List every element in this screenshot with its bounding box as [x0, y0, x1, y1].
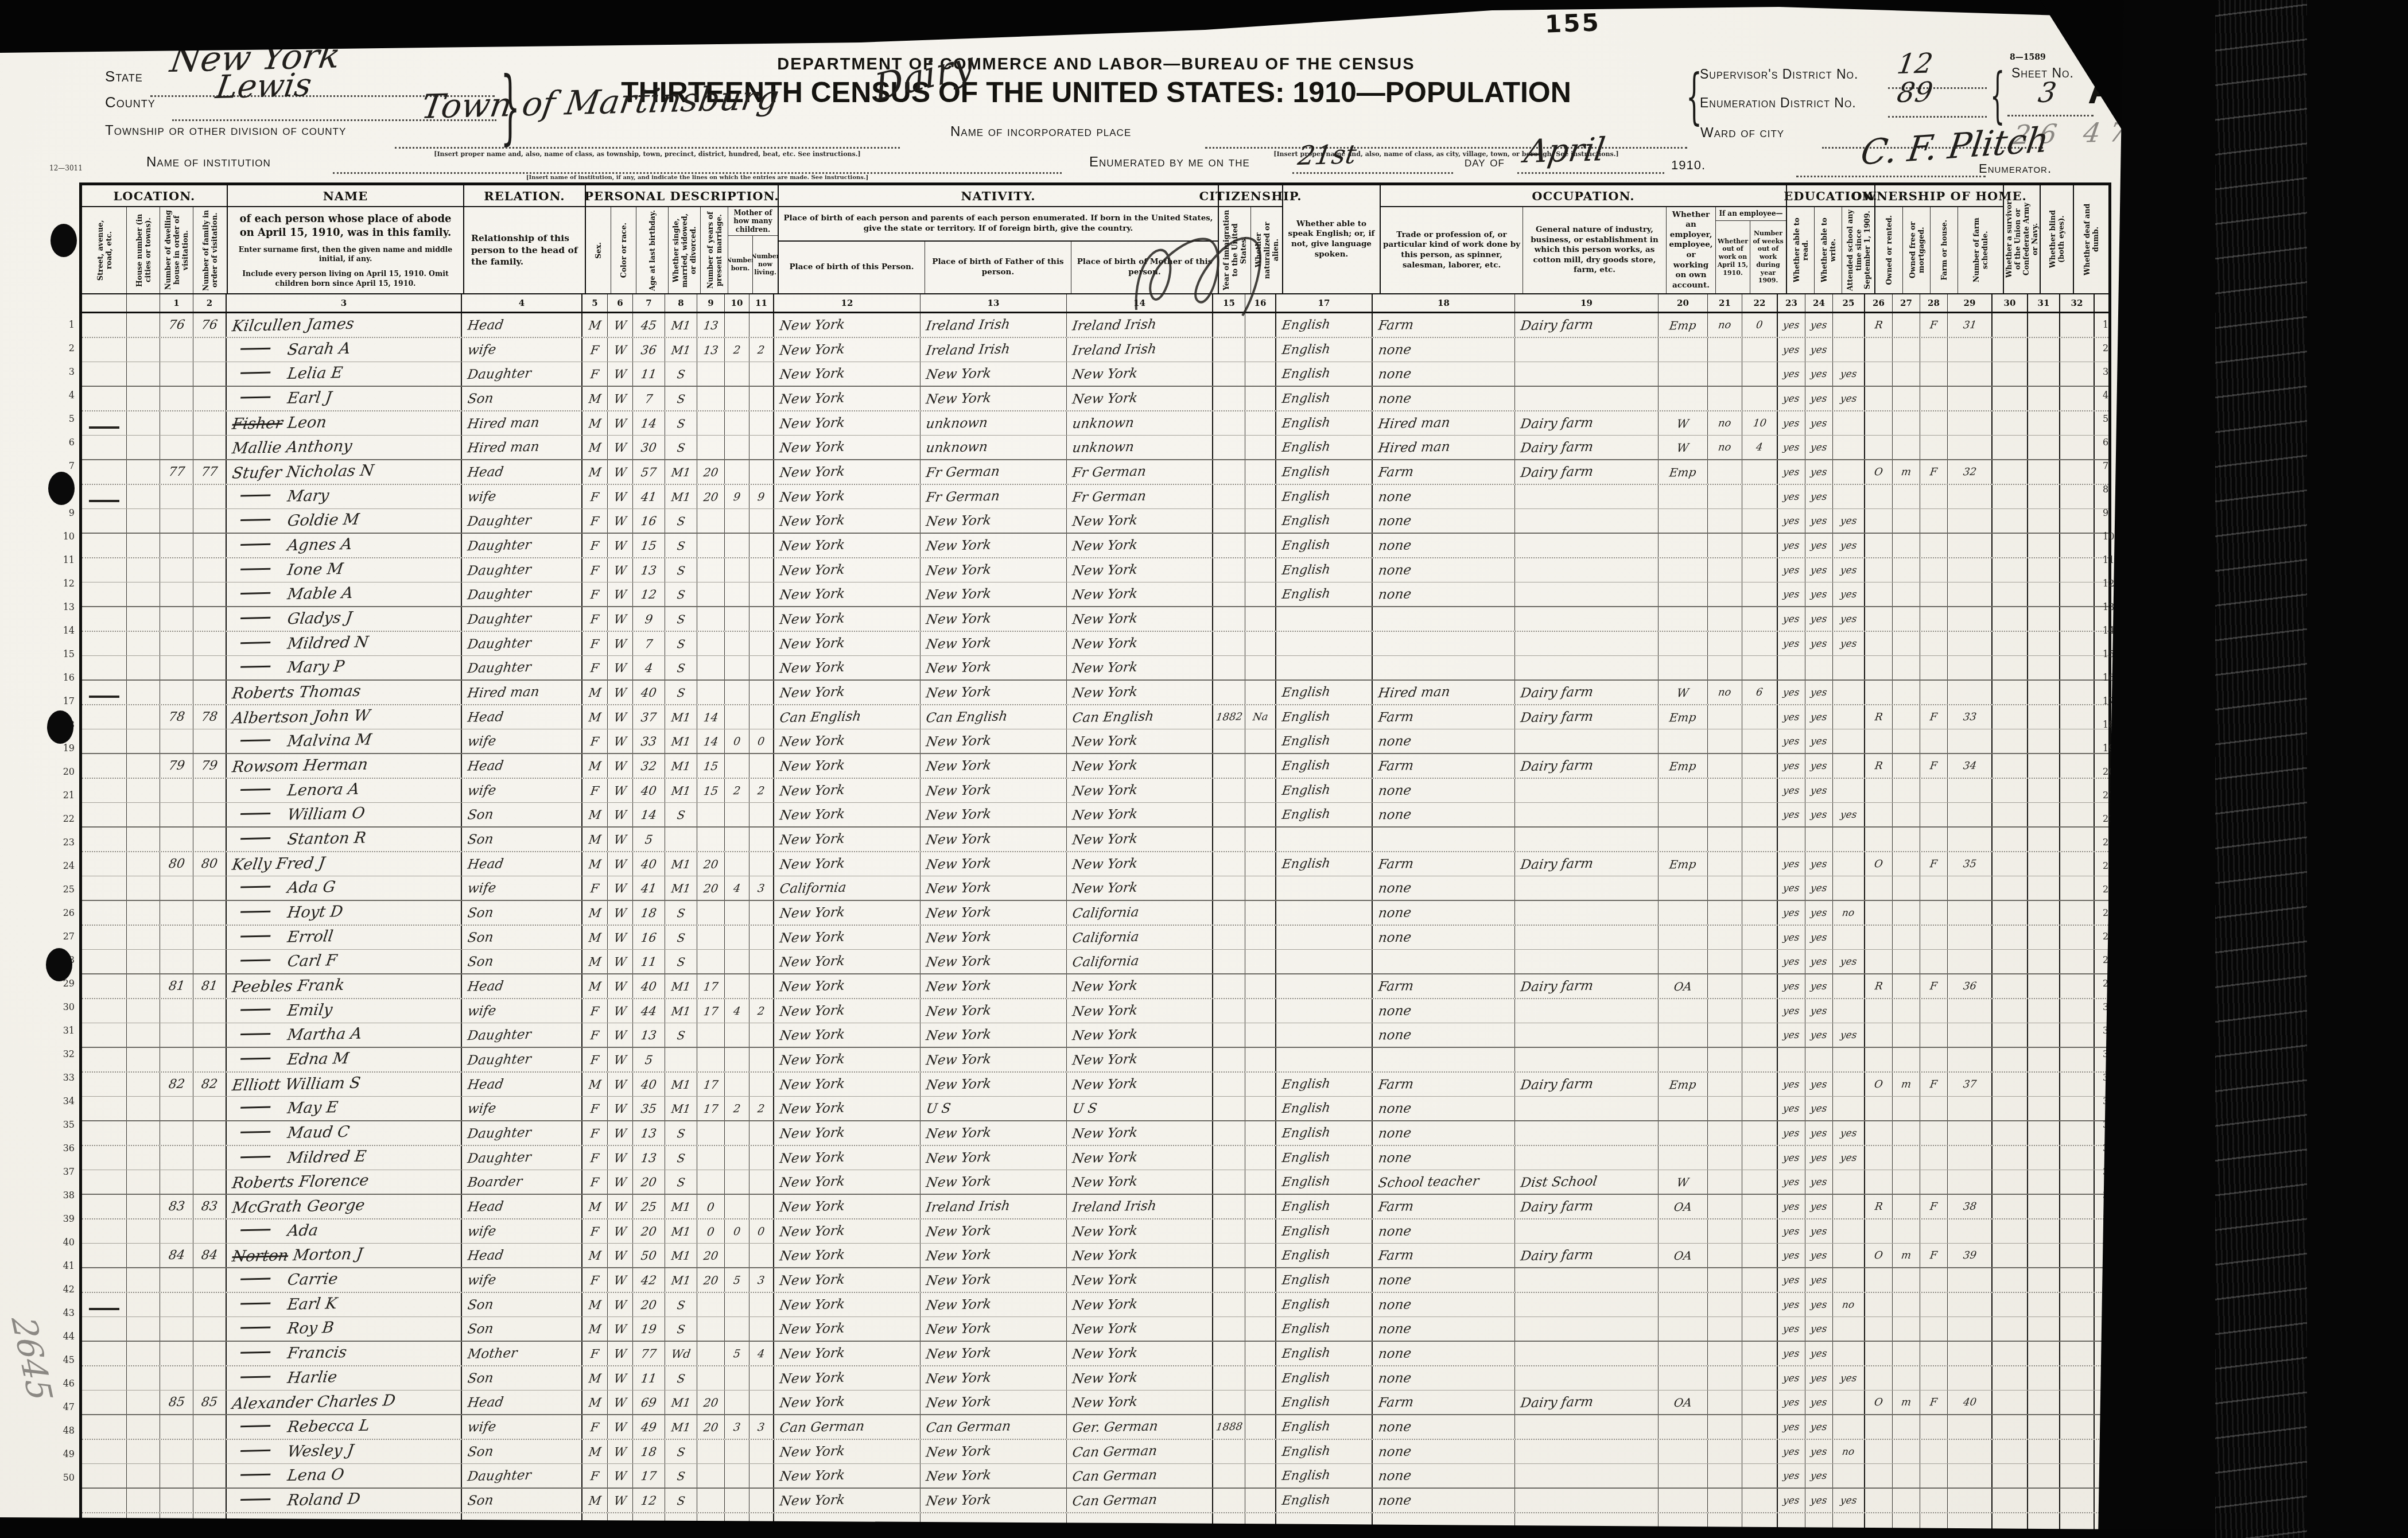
cell-fs [1948, 1440, 1993, 1463]
row-number-left: 3 [57, 366, 75, 377]
sheet-line [2007, 115, 2094, 116]
cell-orr [1865, 1317, 1893, 1341]
cell-brn [725, 1146, 749, 1170]
cell-rel: Son [462, 1440, 582, 1463]
cell-eng: English [1276, 362, 1373, 386]
cell-imm [1213, 1023, 1245, 1047]
cell-fh [1920, 582, 1948, 606]
cell-trade: Hired man [1373, 436, 1515, 459]
cell-mar: S [665, 681, 697, 704]
cell-eng: English [1276, 1195, 1373, 1218]
cell-orr [1865, 1489, 1893, 1512]
cell-sex: M [582, 950, 608, 973]
cell-wks [1742, 362, 1778, 386]
cell-brn: 9 [725, 485, 749, 508]
cell-col: W [608, 926, 633, 949]
cell-pobf: New York [921, 1268, 1067, 1292]
cell-wks [1742, 338, 1778, 362]
cell-eng: English [1276, 582, 1373, 606]
cell-pobm: New York [1067, 1244, 1213, 1267]
census-row-24: Ada GwifeFW41M12043CaliforniaNew YorkNew… [82, 876, 2108, 901]
cell-pob: New York [774, 656, 921, 679]
cell-emp [1659, 509, 1708, 533]
cell-emp [1659, 607, 1708, 631]
cell-name: Emily [227, 999, 462, 1023]
cell-rd: yes [1778, 852, 1805, 876]
cell-bl [2028, 681, 2060, 704]
cell-name: Rebecca L [227, 1415, 462, 1439]
column-number-wr: 24 [1805, 294, 1833, 312]
punch-hole [48, 472, 75, 505]
cell-liv: 2 [749, 338, 774, 362]
cell-pob: New York [774, 1023, 921, 1047]
cell-pobm: Ger. German [1067, 1415, 1213, 1439]
cell-fam [193, 1146, 227, 1170]
cell-col: W [608, 1415, 633, 1439]
cell-name: Wesley J [227, 1440, 462, 1463]
cell-cw [1993, 632, 2028, 655]
cell-eng: English [1276, 485, 1373, 508]
cell-wr: yes [1805, 1293, 1833, 1316]
cell-age: 35 [633, 1097, 665, 1120]
cell-eng [1276, 828, 1373, 851]
sub-group-title: Mother of how many children. [728, 207, 778, 236]
column-header-yrs: Number of years of present marriage. [701, 207, 728, 293]
cell-age: 18 [633, 1440, 665, 1463]
cell-col: W [608, 729, 633, 753]
cell-fam [193, 1121, 227, 1145]
cell-fam [193, 387, 227, 410]
cell-st [82, 1268, 127, 1292]
cell-df [2060, 901, 2095, 925]
cell-ind [1515, 1293, 1659, 1316]
cell-yrs: 0 [697, 1195, 725, 1218]
cell-imm [1213, 1464, 1245, 1487]
cell-ow [1708, 362, 1742, 386]
cell-pob: New York [774, 852, 921, 876]
cell-fs: 40 [1948, 1391, 1993, 1414]
cell-dw: 82 [160, 1073, 193, 1096]
cell-orr: R [1865, 754, 1893, 778]
cell-st [82, 1415, 127, 1439]
column-number-sex: 5 [582, 294, 608, 312]
cell-hn [127, 509, 160, 533]
cell-nat [1245, 411, 1276, 435]
cell-imm [1213, 436, 1245, 459]
cell-col: W [608, 950, 633, 973]
cell-imm [1213, 926, 1245, 949]
cell-pob: New York [774, 1489, 921, 1512]
cell-cw [1993, 1366, 2028, 1390]
cell-emp [1659, 632, 1708, 655]
cell-pob: New York [774, 1195, 921, 1218]
cell-pobm: New York [1067, 828, 1213, 851]
cell-rel: Daughter [462, 656, 582, 679]
cell-age: 77 [633, 1342, 665, 1365]
cell-age: 25 [633, 1195, 665, 1218]
cell-df [2060, 1121, 2095, 1145]
cell-pobm: New York [1067, 681, 1213, 704]
cell-dw [160, 779, 193, 802]
cell-ind [1515, 729, 1659, 753]
cell-ind [1515, 1440, 1659, 1463]
enumeration-district-line [1888, 116, 1987, 118]
column-number-rel: 4 [462, 294, 582, 312]
cell-brn [725, 901, 749, 925]
cell-st [82, 1317, 127, 1341]
census-row-47: Wesley JSonMW18SNew YorkNew YorkCan Germ… [82, 1440, 2108, 1464]
row-number-left: 21 [57, 790, 75, 801]
cell-fam: 81 [193, 974, 227, 998]
cell-sch [1833, 485, 1865, 508]
column-number-ow: 21 [1708, 294, 1742, 312]
cell-dw [160, 1317, 193, 1341]
cell-pobf: New York [921, 1293, 1067, 1316]
cell-cw [1993, 828, 2028, 851]
cell-hn [127, 1097, 160, 1120]
cell-rd: yes [1778, 1342, 1805, 1365]
cell-ow [1708, 1489, 1742, 1512]
cell-imm [1213, 729, 1245, 753]
cell-orr [1865, 999, 1893, 1023]
cell-wks [1742, 1268, 1778, 1292]
cell-cw [1993, 313, 2028, 337]
cell-emp [1659, 779, 1708, 802]
cell-cw [1993, 656, 2028, 679]
cell-pob: New York [774, 1219, 921, 1243]
column-number-yrs: 9 [697, 294, 725, 312]
cell-eng: English [1276, 534, 1373, 557]
cell-pob: New York [774, 338, 921, 362]
cell-st [82, 1097, 127, 1120]
cell-yrs [697, 411, 725, 435]
cell-df [2060, 926, 2095, 949]
cell-brn [725, 582, 749, 606]
cell-orr [1865, 876, 1893, 900]
cell-pob: New York [774, 803, 921, 826]
cell-st [82, 681, 127, 704]
cell-emp [1659, 1342, 1708, 1365]
cell-df [2060, 607, 2095, 631]
cell-sex: M [582, 754, 608, 778]
cell-ind [1515, 950, 1659, 973]
cell-sch [1833, 1342, 1865, 1365]
cell-pob: New York [774, 729, 921, 753]
cell-age: 41 [633, 485, 665, 508]
cell-st [82, 1023, 127, 1047]
cell-fam [193, 1317, 227, 1341]
cell-wks [1742, 558, 1778, 582]
cell-rd: yes [1778, 876, 1805, 900]
cell-yrs: 20 [697, 852, 725, 876]
cell-pobm: New York [1067, 607, 1213, 631]
cell-liv [749, 534, 774, 557]
cell-wr: yes [1805, 705, 1833, 729]
cell-pob: New York [774, 1244, 921, 1267]
cell-orr [1865, 1121, 1893, 1145]
cell-sex: F [582, 1268, 608, 1292]
cell-cw [1993, 1317, 2028, 1341]
column-header-col: Color or race. [611, 207, 636, 293]
cell-sch: no [1833, 1293, 1865, 1316]
cell-orr [1865, 1219, 1893, 1243]
cell-pobm: New York [1067, 632, 1213, 655]
cell-sch: yes [1833, 632, 1865, 655]
cell-rd: yes [1778, 1366, 1805, 1390]
cell-rd: yes [1778, 436, 1805, 459]
cell-pobm: New York [1067, 1342, 1213, 1365]
cell-pobf: New York [921, 1219, 1067, 1243]
cell-fs [1948, 1268, 1993, 1292]
cell-age: 69 [633, 1391, 665, 1414]
cell-rd: yes [1778, 1268, 1805, 1292]
cell-ind: Dairy farm [1515, 852, 1659, 876]
census-row-32: 8282Elliott William SHeadMW40M117New Yor… [82, 1073, 2108, 1097]
cell-ow [1708, 387, 1742, 410]
cell-df [2060, 1342, 2095, 1365]
cell-rel: Head [462, 754, 582, 778]
cell-fs [1948, 779, 1993, 802]
cell-wr [1805, 656, 1833, 679]
cell-fs [1948, 1170, 1993, 1194]
cell-age: 16 [633, 926, 665, 949]
row-number-left: 22 [57, 813, 75, 824]
cell-pob: New York [774, 485, 921, 508]
cell-brn [725, 926, 749, 949]
cell-dw [160, 1170, 193, 1194]
cell-hn [127, 313, 160, 337]
cell-liv: 2 [749, 1097, 774, 1120]
cell-imm [1213, 534, 1245, 557]
cell-ind [1515, 1489, 1659, 1512]
cell-imm [1213, 1391, 1245, 1414]
cell-st [82, 387, 127, 410]
cell-yrs [697, 1440, 725, 1463]
cell-dw [160, 1440, 193, 1463]
cell-eng: English [1276, 779, 1373, 802]
cell-eng: English [1276, 338, 1373, 362]
cell-yrs: 20 [697, 1391, 725, 1414]
cell-wr: yes [1805, 338, 1833, 362]
cell-cw [1993, 1146, 2028, 1170]
cell-fam: 82 [193, 1073, 227, 1096]
cell-nat [1245, 974, 1276, 998]
cell-fh [1920, 681, 1948, 704]
sheet-brace: { [1990, 62, 2005, 131]
census-row-37: 8383McGrath GeorgeHeadMW25M10New YorkIre… [82, 1195, 2108, 1219]
cell-hn [127, 1489, 160, 1512]
cell-fs [1948, 681, 1993, 704]
cell-fh [1920, 411, 1948, 435]
cell-mar: S [665, 656, 697, 679]
cell-ow [1708, 1317, 1742, 1341]
cell-col: W [608, 1121, 633, 1145]
cell-wr: yes [1805, 926, 1833, 949]
cell-rel: Head [462, 460, 582, 484]
row-number-left: 36 [57, 1143, 75, 1153]
cell-bl [2028, 387, 2060, 410]
cell-col: W [608, 1317, 633, 1341]
cell-pobf: New York [921, 1048, 1067, 1071]
cell-name: Mildred N [227, 632, 462, 655]
cell-pobf: New York [921, 1464, 1067, 1487]
cell-mar: M1 [665, 1219, 697, 1243]
cell-fh [1920, 1048, 1948, 1071]
cell-eng: English [1276, 1097, 1373, 1120]
cell-wr: yes [1805, 1342, 1833, 1365]
cell-sex: M [582, 1366, 608, 1390]
cell-eng [1276, 901, 1373, 925]
cell-yrs [697, 509, 725, 533]
cell-ind: Dairy farm [1515, 705, 1659, 729]
column-group-ownershipofhome: OWNERSHIP OF HOME.Owned or rented.Owned … [1875, 185, 2004, 293]
cell-orr [1865, 362, 1893, 386]
cell-pobf: New York [921, 1146, 1067, 1170]
cell-trade: Hired man [1373, 681, 1515, 704]
cell-pobf: New York [921, 926, 1067, 949]
cell-bl [2028, 1317, 2060, 1341]
cell-yrs [697, 1048, 725, 1071]
cell-yrs [697, 1170, 725, 1194]
cell-fam [193, 950, 227, 973]
cell-ow [1708, 876, 1742, 900]
cell-fs [1948, 656, 1993, 679]
cell-sch: yes [1833, 1366, 1865, 1390]
cell-fam [193, 1293, 227, 1316]
cell-ow [1708, 1268, 1742, 1292]
cell-trade: School teacher [1373, 1170, 1515, 1194]
cell-fh: F [1920, 1195, 1948, 1218]
cell-wks [1742, 779, 1778, 802]
cell-eng: English [1276, 411, 1373, 435]
column-number-sch: 25 [1833, 294, 1865, 312]
cell-rd: yes [1778, 558, 1805, 582]
cell-yrs: 17 [697, 1097, 725, 1120]
cell-name: Peebles Frank [227, 974, 462, 998]
cell-nat [1245, 828, 1276, 851]
cell-fh [1920, 656, 1948, 679]
cell-cw [1993, 729, 2028, 753]
cell-fam [193, 1097, 227, 1120]
cell-fs [1948, 1415, 1993, 1439]
cell-col: W [608, 803, 633, 826]
cell-sex: F [582, 509, 608, 533]
cell-age: 44 [633, 999, 665, 1023]
cell-dw [160, 1489, 193, 1512]
cell-sch: yes [1833, 1023, 1865, 1047]
column-header-liv: Number now living. [753, 236, 778, 293]
cell-trade: none [1373, 1097, 1515, 1120]
cell-rel: Son [462, 901, 582, 925]
cell-wks [1742, 999, 1778, 1023]
cell-pobm: New York [1067, 1391, 1213, 1414]
cell-cw [1993, 1023, 2028, 1047]
cell-fm [1893, 558, 1920, 582]
cell-dw [160, 485, 193, 508]
cell-pob: New York [774, 411, 921, 435]
cell-pob: New York [774, 534, 921, 557]
cell-ind [1515, 1219, 1659, 1243]
cell-col: W [608, 1244, 633, 1267]
cell-fam [193, 1489, 227, 1512]
cell-nat [1245, 729, 1276, 753]
cell-liv [749, 411, 774, 435]
cell-cw [1993, 607, 2028, 631]
cell-yrs [697, 607, 725, 631]
cell-yrs [697, 582, 725, 606]
department-line: DEPARTMENT OF COMMERCE AND LABOR—BUREAU … [603, 55, 1590, 74]
census-row-9: Goldie MDaughterFW16SNew YorkNew YorkNew… [82, 509, 2108, 534]
cell-ind [1515, 509, 1659, 533]
cell-name: Francis [227, 1342, 462, 1365]
cell-fm [1893, 1415, 1920, 1439]
cell-dw [160, 828, 193, 851]
cell-imm [1213, 1489, 1245, 1512]
cell-sex: M [582, 1391, 608, 1414]
cell-emp: W [1659, 436, 1708, 459]
cell-cw [1993, 1268, 2028, 1292]
row-number-left: 13 [57, 601, 75, 612]
cell-brn [725, 1489, 749, 1512]
cell-fh [1920, 1342, 1948, 1365]
cell-eng: English [1276, 1415, 1373, 1439]
cell-rd: yes [1778, 509, 1805, 533]
cell-nat [1245, 1415, 1276, 1439]
cell-liv [749, 828, 774, 851]
cell-name: Ada G [227, 876, 462, 900]
row-number-left: 1 [57, 319, 75, 330]
cell-brn [725, 1170, 749, 1194]
cell-nat [1245, 632, 1276, 655]
cell-st [82, 926, 127, 949]
cell-sex: F [582, 1170, 608, 1194]
cell-fs [1948, 362, 1993, 386]
cell-df [2060, 876, 2095, 900]
census-row-21: William OSonMW14SNew YorkNew YorkNew Yor… [82, 803, 2108, 828]
row-number-left: 4 [57, 390, 75, 401]
cell-pobf: New York [921, 901, 1067, 925]
cell-st [82, 1342, 127, 1365]
cell-df [2060, 582, 2095, 606]
column-header-rd: Whether able to read. [1787, 207, 1815, 293]
cell-cw [1993, 1391, 2028, 1414]
cell-df [2060, 705, 2095, 729]
column-number-df: 32 [2060, 294, 2095, 312]
cell-df [2060, 411, 2095, 435]
column-number-rd: 23 [1778, 294, 1805, 312]
cell-dw [160, 411, 193, 435]
cell-imm [1213, 1097, 1245, 1120]
cell-yrs [697, 1146, 725, 1170]
cell-trade [1373, 656, 1515, 679]
row-number-left: 37 [57, 1166, 75, 1177]
cell-fs [1948, 803, 1993, 826]
cell-dw: 78 [160, 705, 193, 729]
cell-fh [1920, 828, 1948, 851]
cell-pobf: New York [921, 1366, 1067, 1390]
cell-df [2060, 950, 2095, 973]
cell-yrs: 0 [697, 1219, 725, 1243]
cell-fm [1893, 901, 1920, 925]
census-row-11: Ione MDaughterFW13SNew YorkNew YorkNew Y… [82, 558, 2108, 582]
column-header-wr: Whether able to write. [1815, 207, 1842, 293]
cell-rd: yes [1778, 632, 1805, 655]
cell-yrs [697, 950, 725, 973]
cell-brn [725, 1391, 749, 1414]
cell-ow [1708, 705, 1742, 729]
census-row-38: AdawifeFW20M1000New YorkNew YorkNew York… [82, 1219, 2108, 1244]
census-row-41: Earl KSonMW20SNew YorkNew YorkNew YorkEn… [82, 1293, 2108, 1317]
